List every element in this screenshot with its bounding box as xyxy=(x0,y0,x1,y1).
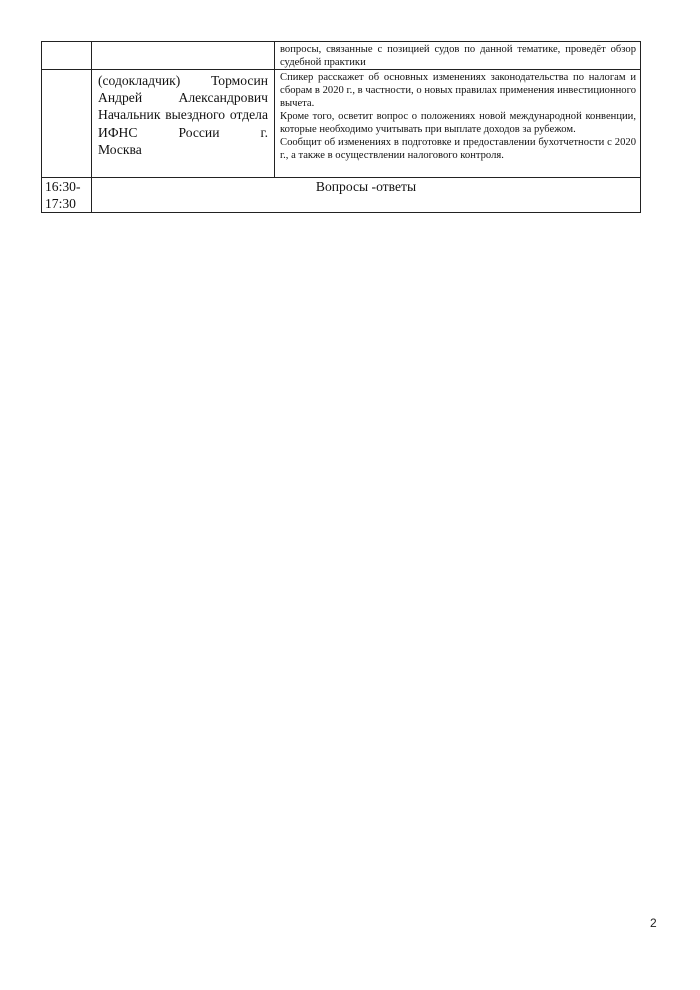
time-cell xyxy=(42,42,92,70)
description-text: Спикер расскажет об основных изменениях … xyxy=(275,70,640,162)
description-text: вопросы, связанные с позицией судов по д… xyxy=(275,42,640,69)
qa-cell: Вопросы -ответы xyxy=(92,178,641,213)
description-cell: Спикер расскажет об основных изменениях … xyxy=(275,70,641,178)
agenda-table: вопросы, связанные с позицией судов по д… xyxy=(41,41,641,213)
table-row: (содокладчик) Тормосин Андрей Александро… xyxy=(42,70,641,178)
speaker-text: (содокладчик) Тормосин Андрей Александро… xyxy=(92,70,274,158)
time-cell: 16:30-17:30 xyxy=(42,178,92,213)
page-number: 2 xyxy=(650,916,657,930)
table-row: 16:30-17:30 Вопросы -ответы xyxy=(42,178,641,213)
time-cell xyxy=(42,70,92,178)
description-cell: вопросы, связанные с позицией судов по д… xyxy=(275,42,641,70)
table-row: вопросы, связанные с позицией судов по д… xyxy=(42,42,641,70)
speaker-cell: (содокладчик) Тормосин Андрей Александро… xyxy=(92,70,275,178)
speaker-cell xyxy=(92,42,275,70)
